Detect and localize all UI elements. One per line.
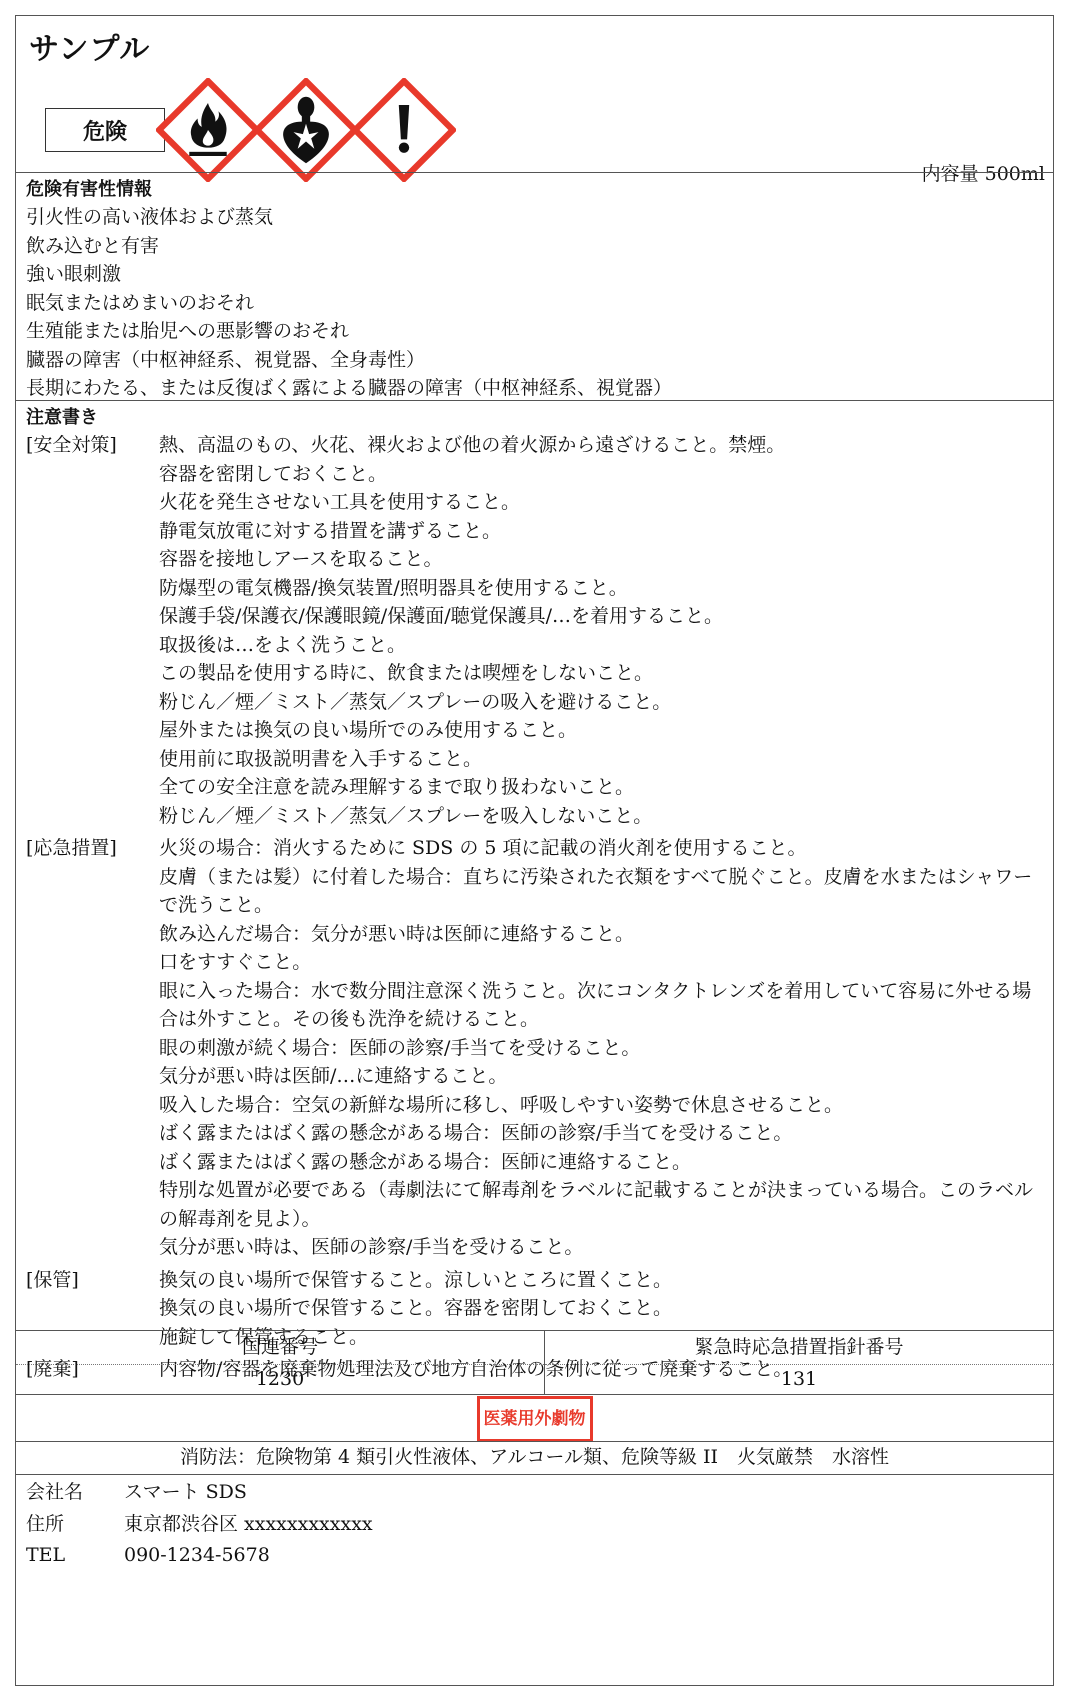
precaution-line: 特別な処置が必要である（毒劇法にて解毒剤をラベルに記載することが決まっている場合… bbox=[159, 1176, 1043, 1233]
precaution-line: 使用前に取扱説明書を入手すること。 bbox=[159, 745, 1043, 774]
precaution-line: 眼の刺激が続く場合：医師の診察/手当てを受けること。 bbox=[159, 1034, 1043, 1063]
precaution-line: 換気の良い場所で保管すること。涼しいところに置くこと。 bbox=[159, 1266, 1043, 1295]
address-value: 東京都渋谷区 xxxxxxxxxxxx bbox=[124, 1509, 373, 1541]
address-label: 住所 bbox=[26, 1509, 124, 1541]
fire-law-line: 消防法：危険物第 4 類引火性液体、アルコール類、危険等級 II 火気厳禁 水溶… bbox=[16, 1441, 1053, 1474]
poison-section: 医薬用外劇物 bbox=[16, 1394, 1053, 1441]
signal-word: 危険 bbox=[83, 115, 127, 146]
precaution-line: ばく露またはばく露の懸念がある場合：医師の診察/手当てを受けること。 bbox=[159, 1119, 1043, 1148]
precaution-line: 火災の場合：消火するために SDS の 5 項に記載の消火剤を使用すること。 bbox=[159, 834, 1043, 863]
health-hazard-icon bbox=[254, 78, 358, 182]
company-info: 会社名 スマート SDS 住所 東京都渋谷区 xxxxxxxxxxxx TEL … bbox=[16, 1474, 1053, 1685]
company-row: TEL 090-1234-5678 bbox=[26, 1540, 1043, 1572]
tel-label: TEL bbox=[26, 1540, 124, 1572]
company-row: 会社名 スマート SDS bbox=[26, 1477, 1043, 1509]
deleterious-substance-badge: 医薬用外劇物 bbox=[477, 1396, 593, 1442]
precaution-line: 換気の良い場所で保管すること。容器を密閉しておくこと。 bbox=[159, 1294, 1043, 1323]
precaution-group-prevention: [安全対策] 熱、高温のもの、火花、裸火および他の着火源から遠ざけること。禁煙。… bbox=[26, 431, 1043, 830]
precautionary-statements-section: 注意書き [安全対策] 熱、高温のもの、火花、裸火および他の着火源から遠ざけるこ… bbox=[16, 400, 1053, 1330]
precaution-line: 熱、高温のもの、火花、裸火および他の着火源から遠ざけること。禁煙。 bbox=[159, 431, 1043, 460]
precaution-line: 静電気放電に対する措置を講ずること。 bbox=[159, 517, 1043, 546]
precaution-line: 眼に入った場合：水で数分間注意深く洗うこと。次にコンタクトレンズを着用していて容… bbox=[159, 977, 1043, 1034]
precaution-line: 気分が悪い時は、医師の診察/手当を受けること。 bbox=[159, 1233, 1043, 1262]
un-number-column: 国連番号 1230 bbox=[16, 1331, 545, 1394]
hazard-list: 引火性の高い液体および蒸気 飲み込むと有害 強い眼刺激 眠気またはめまいのおそれ… bbox=[26, 203, 1043, 403]
company-name-value: スマート SDS bbox=[124, 1477, 247, 1509]
flame-icon bbox=[156, 78, 260, 182]
precaution-line: 屋外または換気の良い場所でのみ使用すること。 bbox=[159, 716, 1043, 745]
hazard-statements-section: 危険有害性情報 引火性の高い液体および蒸気 飲み込むと有害 強い眼刺激 眠気また… bbox=[16, 172, 1053, 400]
hazard-statement: 生殖能または胎児への悪影響のおそれ bbox=[26, 317, 1043, 346]
precaution-tag: [安全対策] bbox=[26, 431, 159, 830]
hazard-statement: 飲み込むと有害 bbox=[26, 232, 1043, 261]
hazard-statement: 強い眼刺激 bbox=[26, 260, 1043, 289]
hazard-statement: 長期にわたる、または反復ばく露による臓器の障害（中枢神経系、視覚器） bbox=[26, 374, 1043, 403]
precaution-line: 容器を接地しアースを取ること。 bbox=[159, 545, 1043, 574]
guide-number-value: 131 bbox=[545, 1365, 1053, 1394]
precaution-section-title: 注意書き bbox=[26, 405, 1043, 431]
precaution-line: 飲み込んだ場合：気分が悪い時は医師に連絡すること。 bbox=[159, 920, 1043, 949]
signal-word-box: 危険 bbox=[45, 108, 165, 152]
precaution-line: 取扱後は…をよく洗うこと。 bbox=[159, 631, 1043, 660]
precaution-line: 防爆型の電気機器/換気装置/照明器具を使用すること。 bbox=[159, 574, 1043, 603]
precaution-line: 吸入した場合：空気の新鮮な場所に移し、呼吸しやすい姿勢で休息させること。 bbox=[159, 1091, 1043, 1120]
hazard-section-title: 危険有害性情報 bbox=[26, 177, 1043, 203]
precaution-line: 口をすすぐこと。 bbox=[159, 948, 1043, 977]
company-row: 住所 東京都渋谷区 xxxxxxxxxxxx bbox=[26, 1509, 1043, 1541]
precaution-tag: [応急措置] bbox=[26, 834, 159, 1262]
hazard-label: サンプル 危険 内容量 500ml 危険有害性情報 bbox=[15, 15, 1054, 1686]
hazard-statement: 臓器の障害（中枢神経系、視覚器、全身毒性） bbox=[26, 346, 1043, 375]
precaution-line: 皮膚（または髪）に付着した場合：直ちに汚染された衣類をすべて脱ぐこと。皮膚を水ま… bbox=[159, 863, 1043, 920]
precaution-line: 粉じん／煙／ミスト／蒸気／スプレーを吸入しないこと。 bbox=[159, 802, 1043, 831]
precaution-group-response: [応急措置] 火災の場合：消火するために SDS の 5 項に記載の消火剤を使用… bbox=[26, 834, 1043, 1262]
precaution-line: 保護手袋/保護衣/保護眼鏡/保護面/聴覚保護具/…を着用すること。 bbox=[159, 602, 1043, 631]
guide-number-column: 緊急時応急措置指針番号 131 bbox=[545, 1331, 1053, 1394]
precaution-line: 粉じん／煙／ミスト／蒸気／スプレーの吸入を避けること。 bbox=[159, 688, 1043, 717]
hazard-statement: 眠気またはめまいのおそれ bbox=[26, 289, 1043, 318]
precaution-line: 火花を発生させない工具を使用すること。 bbox=[159, 488, 1043, 517]
precaution-line: ばく露またはばく露の懸念がある場合：医師に連絡すること。 bbox=[159, 1148, 1043, 1177]
guide-number-label: 緊急時応急措置指針番号 bbox=[545, 1331, 1053, 1365]
tel-value: 090-1234-5678 bbox=[124, 1540, 270, 1572]
product-name: サンプル bbox=[29, 24, 150, 68]
transport-table: 国連番号 1230 緊急時応急措置指針番号 131 bbox=[16, 1330, 1053, 1394]
un-number-value: 1230 bbox=[16, 1365, 544, 1394]
precaution-line: 気分が悪い時は医師/…に連絡すること。 bbox=[159, 1062, 1043, 1091]
label-header: サンプル 危険 内容量 500ml bbox=[16, 16, 1053, 172]
precaution-line: この製品を使用する時に、飲食または喫煙をしないこと。 bbox=[159, 659, 1043, 688]
company-name-label: 会社名 bbox=[26, 1477, 124, 1509]
hazard-statement: 引火性の高い液体および蒸気 bbox=[26, 203, 1043, 232]
precaution-line: 容器を密閉しておくこと。 bbox=[159, 460, 1043, 489]
exclamation-mark-icon bbox=[352, 78, 456, 182]
precaution-line: 全ての安全注意を読み理解するまで取り扱わないこと。 bbox=[159, 773, 1043, 802]
un-number-label: 国連番号 bbox=[16, 1331, 544, 1365]
